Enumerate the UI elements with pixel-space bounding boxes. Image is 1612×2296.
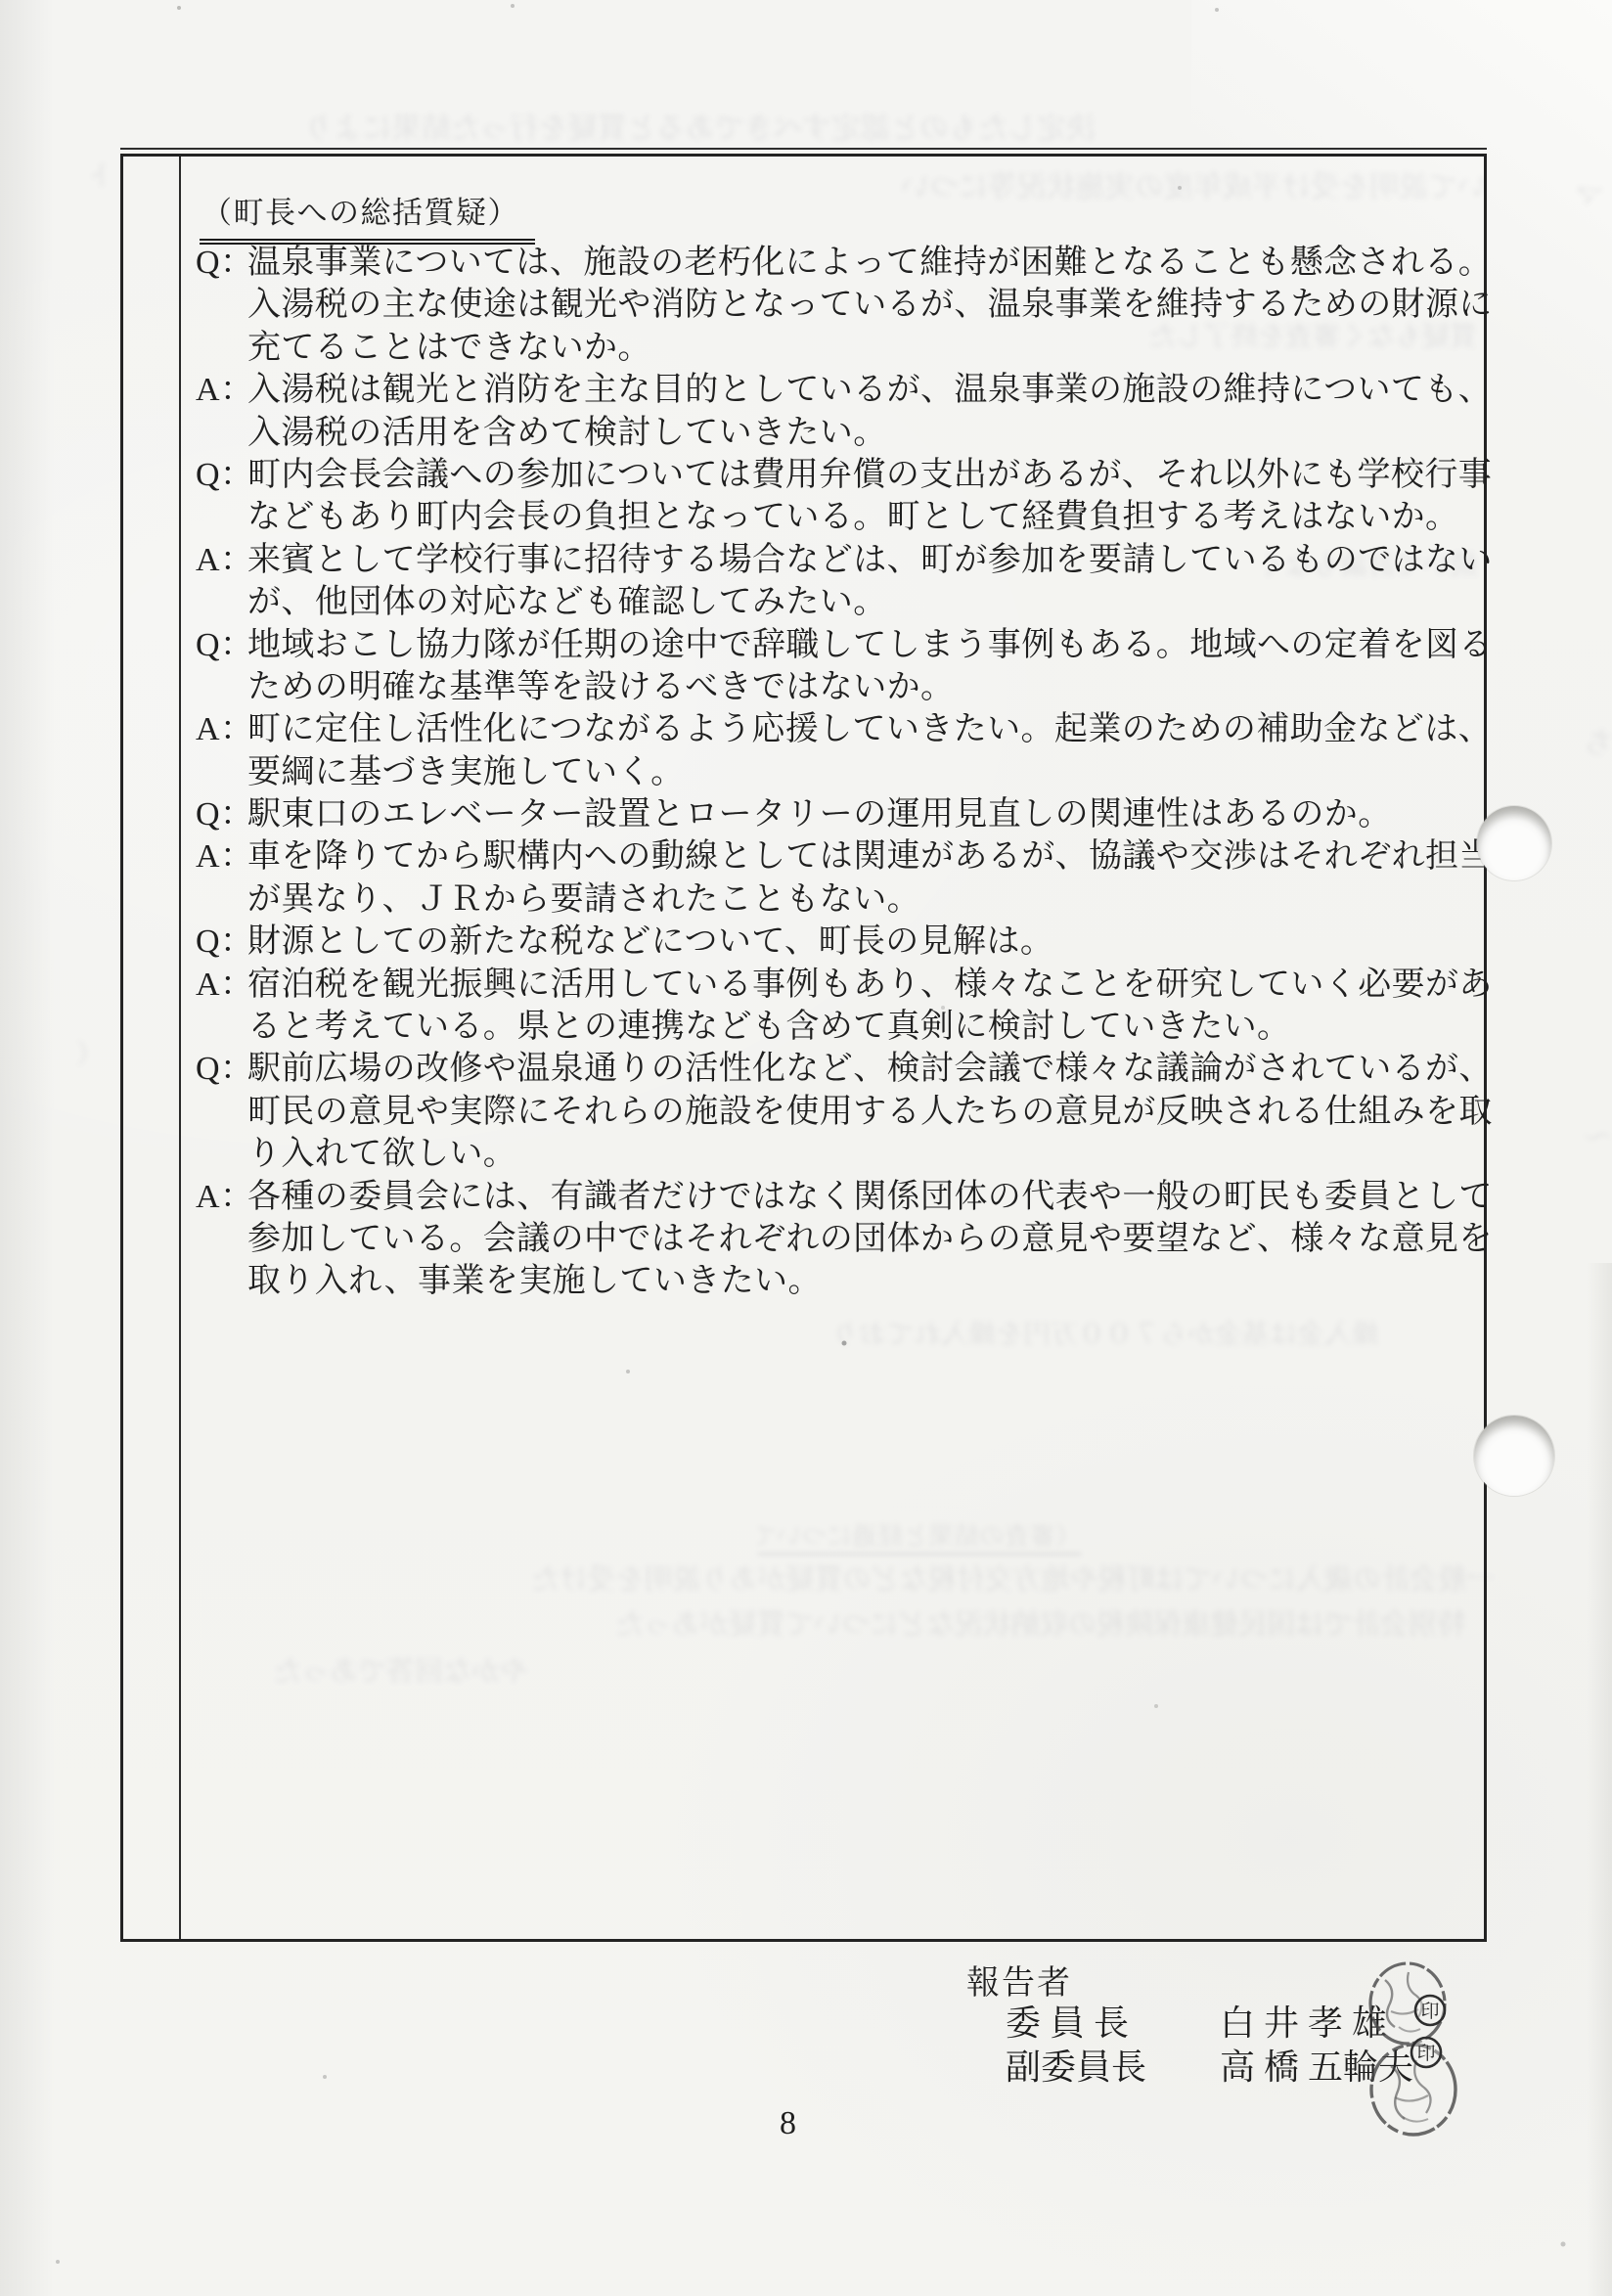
scanned-document-page: 決定したものと認定すべきであると質疑を行った結果によりいて説明を受け平成年度の実… xyxy=(0,0,1612,2296)
section-title: （町長への総括質疑） xyxy=(200,188,535,245)
qa-line: 町民の意見や実際にそれらの施設を使用する人たちの意見が反映される仕組みを取 xyxy=(196,1091,1501,1133)
qa-line: が、他団体の対応なども確認してみたい。 xyxy=(196,581,1501,623)
qa-line: A：各種の委員会には、有識者だけではなく関係団体の代表や一般の町民も委員として xyxy=(196,1176,1501,1218)
punch-hole xyxy=(1474,1416,1554,1496)
svg-text:印: 印 xyxy=(1420,2001,1439,2022)
page-number: 8 xyxy=(780,2105,796,2142)
qa-line: Q：財源としての新たな税などについて、町長の見解は。 xyxy=(196,921,1501,963)
qa-line: 要綱に基づき実施していく。 xyxy=(196,751,1501,793)
qa-body: Q：温泉事業については、施設の老朽化によって維持が困難となることも懸念される。入… xyxy=(196,242,1501,1303)
question-prefix: Q： xyxy=(196,242,247,284)
qa-line: Q：地域おこし協力隊が任期の途中で辞職してしまう事例もある。地域への定着を図る xyxy=(196,624,1501,666)
hanko-seal-stamps: 印 印 xyxy=(1352,1951,1499,2151)
question-prefix: Q： xyxy=(196,624,247,666)
printed-seal-mark-vice-chairman: 印 xyxy=(1411,2038,1441,2067)
qa-line: 取り入れ、事業を実施していきたい。 xyxy=(196,1260,1501,1302)
qa-line: が異なり、ＪＲから要請されたこともない。 xyxy=(196,878,1501,921)
answer-prefix: A： xyxy=(196,835,247,878)
bleedthrough-artifact: （ xyxy=(74,1033,104,1072)
question-prefix: Q： xyxy=(196,793,247,835)
qa-line: Q：駅東口のエレベーター設置とロータリーの運用見直しの関連性はあるのか。 xyxy=(196,793,1501,835)
bleedthrough-artifact: 〜 xyxy=(1577,1113,1612,1156)
answer-prefix: A： xyxy=(196,369,247,411)
printed-seal-mark-chairman: 印 xyxy=(1415,1996,1445,2025)
answer-prefix: A： xyxy=(196,1176,247,1218)
svg-text:印: 印 xyxy=(1416,2043,1435,2064)
question-prefix: Q： xyxy=(196,921,247,963)
scan-dust-specks xyxy=(0,0,2,2)
bleedthrough-artifact: 決定したものと認定すべきであると質疑を行った結果により xyxy=(235,104,1096,147)
answer-prefix: A： xyxy=(196,708,247,750)
qa-line: ための明確な基準等を設けるべきではないか。 xyxy=(196,666,1501,708)
qa-line: 充てることはできないか。 xyxy=(196,327,1501,369)
chairman-signature-row: 委 員 長 白 井 孝 雄 xyxy=(1006,1996,1387,2046)
qa-line: A：入湯税は観光と消防を主な目的としているが、温泉事業の施設の維持についても、 xyxy=(196,369,1501,411)
qa-line: Q：温泉事業については、施設の老朽化によって維持が困難となることも懸念される。 xyxy=(196,242,1501,284)
qa-line: り入れて欲しい。 xyxy=(196,1133,1501,1175)
question-prefix: Q： xyxy=(196,1048,247,1090)
question-prefix: Q： xyxy=(196,454,247,496)
vice-chairman-role-label: 副委員長 xyxy=(1006,2040,1211,2090)
qa-line: 入湯税の主な使途は観光や消防となっているが、温泉事業を維持するための財源に xyxy=(196,284,1501,326)
scan-edge-shade xyxy=(1587,1263,1612,2296)
qa-line: A：来賓として学校行事に招待する場合などは、町が参加を要請しているものではない xyxy=(196,539,1501,581)
punch-hole xyxy=(1477,806,1551,880)
left-column-divider xyxy=(179,157,181,1939)
qa-line: Q：町内会長会議への参加については費用弁償の支出があるが、それ以外にも学校行事 xyxy=(196,454,1501,496)
qa-line: A：町に定住し活性化につながるよう応援していきたい。起業のための補助金などは、 xyxy=(196,708,1501,750)
qa-line: 参加している。会議の中ではそれぞれの団体からの意見や要望など、様々な意見を xyxy=(196,1218,1501,1260)
qa-line: A：車を降りてから駅構内への動線としては関連があるが、協議や交渉はそれぞれ担当 xyxy=(196,835,1501,878)
bleedthrough-artifact: ト xyxy=(78,155,113,194)
qa-line: 入湯税の活用を含めて検討していきたい。 xyxy=(196,412,1501,454)
qa-line: ると考えている。県との連携なども含めて真剣に検討していきたい。 xyxy=(196,1006,1501,1048)
bleedthrough-artifact: マ xyxy=(1565,171,1604,214)
chairman-role-label: 委 員 長 xyxy=(1006,1996,1211,2046)
answer-prefix: A： xyxy=(196,539,247,581)
bleedthrough-artifact: ち xyxy=(1580,719,1612,762)
qa-line: などもあり町内会長の負担となっている。町として経費負担する考えはないか。 xyxy=(196,496,1501,538)
qa-line: Q：駅前広場の改修や温泉通りの活性化など、検討会議で様々な議論がされているが、 xyxy=(196,1048,1501,1090)
scan-edge-shade xyxy=(0,0,54,2296)
answer-prefix: A： xyxy=(196,964,247,1006)
qa-line: A：宿泊税を観光振興に活用している事例もあり、様々なことを研究していく必要があ xyxy=(196,964,1501,1006)
